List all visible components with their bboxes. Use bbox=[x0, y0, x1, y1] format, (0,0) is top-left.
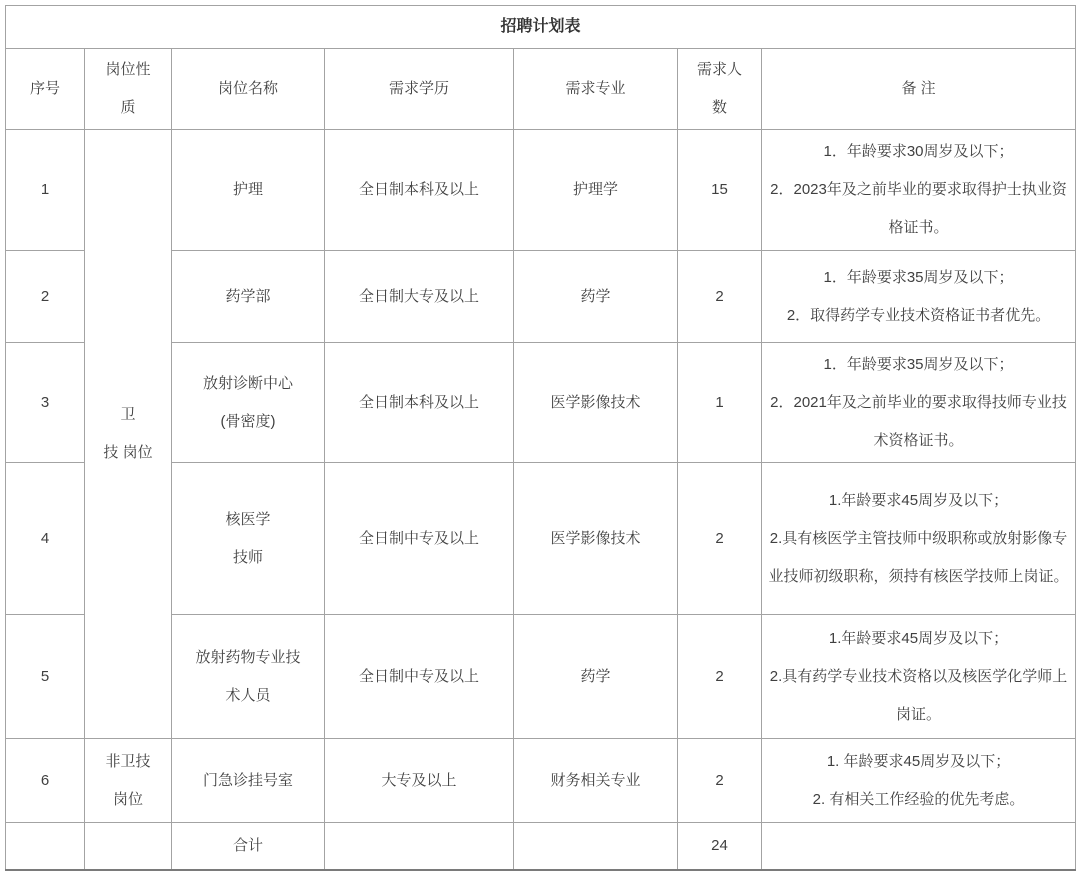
cell-count: 2 bbox=[678, 251, 762, 343]
total-empty-category bbox=[85, 823, 172, 870]
header-education: 需求学历 bbox=[325, 49, 514, 130]
total-count: 24 bbox=[678, 823, 762, 870]
cell-major: 药学 bbox=[514, 615, 678, 739]
cell-remarks: 1.年龄要求45周岁及以下； 2.具有药学专业技术资格以及核医学化学师上岗证。 bbox=[762, 615, 1076, 739]
cell-no: 5 bbox=[6, 615, 85, 739]
header-position: 岗位名称 bbox=[172, 49, 325, 130]
cell-remarks: 1．年龄要求35周岁及以下； 2．2021年及之前毕业的要求取得技师专业技术资格… bbox=[762, 343, 1076, 463]
cell-category-non-health-tech: 非卫技 岗位 bbox=[85, 739, 172, 823]
cell-count: 2 bbox=[678, 463, 762, 615]
cell-remarks: 1. 年龄要求45周岁及以下； 2. 有相关工作经验的优先考虑。 bbox=[762, 739, 1076, 823]
cell-education: 大专及以上 bbox=[325, 739, 514, 823]
cell-education: 全日制中专及以上 bbox=[325, 615, 514, 739]
cell-remarks: 1．年龄要求30周岁及以下； 2．2023年及之前毕业的要求取得护士执业资格证书… bbox=[762, 130, 1076, 251]
cell-major: 护理学 bbox=[514, 130, 678, 251]
cell-count: 1 bbox=[678, 343, 762, 463]
cell-no: 2 bbox=[6, 251, 85, 343]
cell-no: 4 bbox=[6, 463, 85, 615]
table-row: 6 非卫技 岗位 门急诊挂号室 大专及以上 财务相关专业 2 1. 年龄要求45… bbox=[6, 739, 1076, 823]
cell-major: 医学影像技术 bbox=[514, 463, 678, 615]
cell-position: 护理 bbox=[172, 130, 325, 251]
cell-count: 2 bbox=[678, 739, 762, 823]
table-title: 招聘计划表 bbox=[6, 6, 1076, 49]
cell-remarks: 1．年龄要求35周岁及以下； 2．取得药学专业技术资格证书者优先。 bbox=[762, 251, 1076, 343]
cell-major: 医学影像技术 bbox=[514, 343, 678, 463]
table-title-row: 招聘计划表 bbox=[6, 6, 1076, 49]
total-label: 合计 bbox=[172, 823, 325, 870]
page: 招聘计划表 序号 岗位性 质 岗位名称 需求学历 需求专业 需求人 数 备 注 … bbox=[0, 0, 1080, 867]
total-empty-no bbox=[6, 823, 85, 870]
cell-education: 全日制中专及以上 bbox=[325, 463, 514, 615]
header-no: 序号 bbox=[6, 49, 85, 130]
cell-position: 放射药物专业技 术人员 bbox=[172, 615, 325, 739]
cell-no: 1 bbox=[6, 130, 85, 251]
cell-major: 药学 bbox=[514, 251, 678, 343]
header-remarks: 备 注 bbox=[762, 49, 1076, 130]
cell-position: 放射诊断中心 (骨密度) bbox=[172, 343, 325, 463]
header-count: 需求人 数 bbox=[678, 49, 762, 130]
cell-position: 药学部 bbox=[172, 251, 325, 343]
header-category: 岗位性 质 bbox=[85, 49, 172, 130]
table-header-row: 序号 岗位性 质 岗位名称 需求学历 需求专业 需求人 数 备 注 bbox=[6, 49, 1076, 130]
total-empty-education bbox=[325, 823, 514, 870]
header-major: 需求专业 bbox=[514, 49, 678, 130]
cell-education: 全日制大专及以上 bbox=[325, 251, 514, 343]
cell-no: 6 bbox=[6, 739, 85, 823]
cell-education: 全日制本科及以上 bbox=[325, 130, 514, 251]
table-row: 1 卫 技 岗位 护理 全日制本科及以上 护理学 15 1．年龄要求30周岁及以… bbox=[6, 130, 1076, 251]
cell-major: 财务相关专业 bbox=[514, 739, 678, 823]
cell-position: 核医学 技师 bbox=[172, 463, 325, 615]
recruitment-plan-table: 招聘计划表 序号 岗位性 质 岗位名称 需求学历 需求专业 需求人 数 备 注 … bbox=[5, 5, 1076, 871]
total-empty-major bbox=[514, 823, 678, 870]
cell-category-health-tech: 卫 技 岗位 bbox=[85, 130, 172, 739]
cell-education: 全日制本科及以上 bbox=[325, 343, 514, 463]
table-total-row: 合计 24 bbox=[6, 823, 1076, 870]
cell-no: 3 bbox=[6, 343, 85, 463]
cell-count: 15 bbox=[678, 130, 762, 251]
cell-remarks: 1.年龄要求45周岁及以下； 2.具有核医学主管技师中级职称或放射影像专业技师初… bbox=[762, 463, 1076, 615]
total-empty-remarks bbox=[762, 823, 1076, 870]
cell-count: 2 bbox=[678, 615, 762, 739]
cell-position: 门急诊挂号室 bbox=[172, 739, 325, 823]
